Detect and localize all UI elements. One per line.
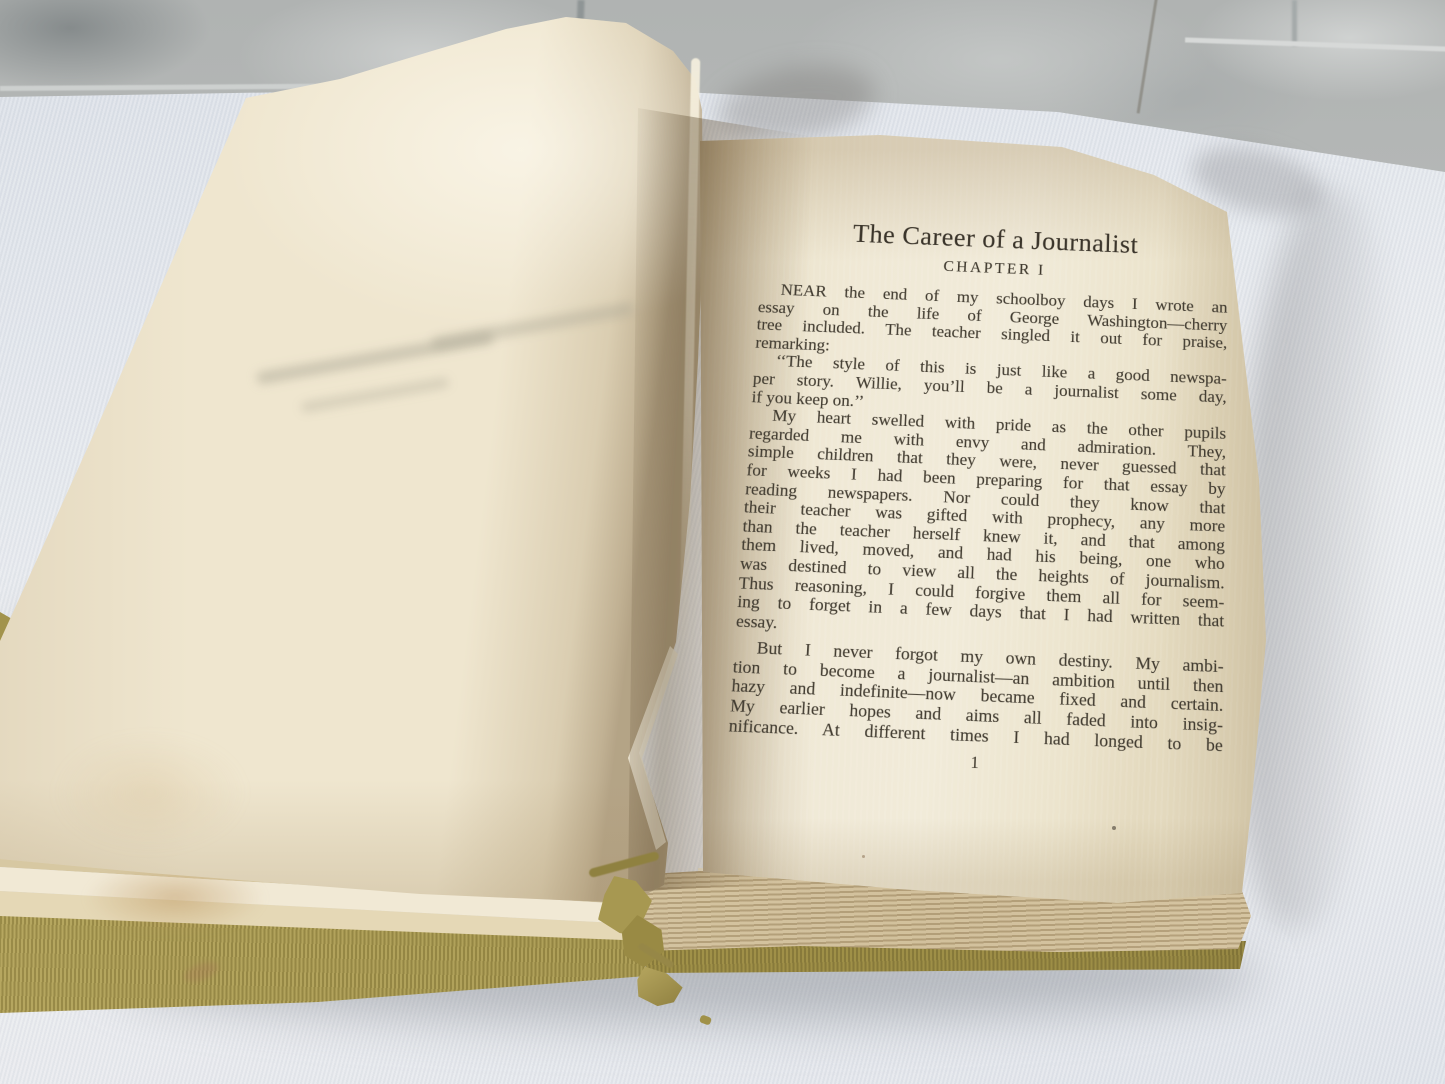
printed-text: The Career of a Journalist CHAPTER I NEA… — [726, 206, 1228, 783]
brick-mortar-line — [1185, 37, 1445, 51]
paragraph: But I never forgot my own destiny. My am… — [728, 638, 1224, 755]
wall-crack — [1137, 0, 1159, 113]
foxing-speck — [1112, 826, 1116, 830]
brick-mortar-joint — [1292, 0, 1297, 46]
page-stain — [55, 735, 245, 850]
body-text: NEAR the end of my schoolboy days I wrot… — [728, 281, 1227, 756]
paragraph: My heart swelled with pride as the other… — [735, 406, 1226, 650]
foxing-speck — [862, 855, 865, 858]
book-photo-scene: The Career of a Journalist CHAPTER I NEA… — [0, 0, 1445, 1084]
